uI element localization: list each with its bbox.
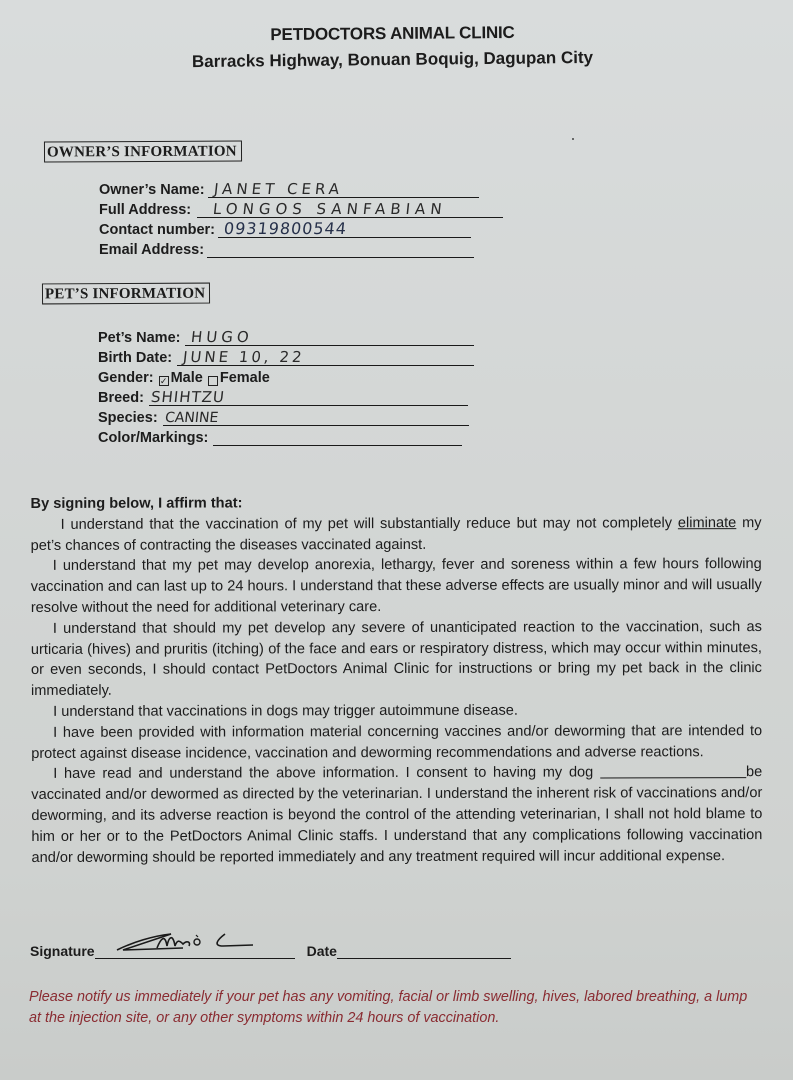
affirmation-paragraph-1: I understand that the vaccination of my …: [31, 513, 762, 557]
affirmation-paragraph-5: I have been provided with information ma…: [31, 721, 762, 765]
email-address-line: [207, 239, 474, 258]
pet-name-line: HUGO: [185, 327, 474, 346]
p1-text: I understand that the vaccination of my …: [61, 515, 678, 533]
owner-info-fields: Owner’s Name: JANET CERA Full Address: L…: [99, 178, 479, 258]
contact-number-line: 09319800544: [218, 219, 471, 238]
female-checkbox[interactable]: [208, 376, 218, 386]
owner-name-label: Owner’s Name:: [99, 182, 205, 198]
birth-date-value: JUNE 10, 22: [182, 348, 305, 366]
pet-name-value: HUGO: [191, 328, 255, 346]
signature-scribble-icon: [113, 930, 273, 956]
pet-info-fields: Pet’s Name: HUGO Birth Date: JUNE 10, 22…: [98, 326, 478, 446]
female-option-label: Female: [220, 370, 270, 386]
species-field[interactable]: Species: CANINE: [98, 406, 469, 426]
p1-underlined-word: eliminate: [678, 515, 736, 531]
clinic-name: PETDOCTORS ANIMAL CLINIC: [0, 21, 789, 48]
owner-section-title: OWNER’S INFORMATION: [44, 140, 242, 162]
affirmation-paragraph-2: I understand that my pet may develop ano…: [31, 554, 762, 618]
clinic-address: Barracks Highway, Bonuan Boquig, Dagupan…: [0, 46, 789, 74]
affirmation-heading: By signing below, I affirm that:: [31, 492, 762, 515]
symptom-notice: Please notify us immediately if your pet…: [29, 987, 749, 1029]
pet-name-label: Pet’s Name:: [98, 330, 180, 346]
gender-field: Gender: ✓ Male Female: [98, 366, 478, 386]
full-address-field[interactable]: Full Address: LONGOS SANFABIAN: [99, 198, 503, 218]
contact-number-value: 09319800544: [223, 219, 348, 238]
signature-label: Signature: [30, 943, 95, 959]
species-label: Species:: [98, 410, 158, 426]
affirmation-paragraph-6: I have read and understand the above inf…: [31, 762, 762, 868]
date-field[interactable]: [337, 940, 511, 959]
full-address-value: LONGOS SANFABIAN: [212, 200, 447, 218]
owner-name-field[interactable]: Owner’s Name: JANET CERA: [99, 178, 479, 198]
pet-section-title: PET’S INFORMATION: [42, 283, 210, 305]
gender-label: Gender:: [98, 370, 154, 386]
breed-field[interactable]: Breed: SHIHTZU: [98, 386, 468, 406]
breed-value: SHIHTZU: [150, 388, 226, 406]
owner-name-value: JANET CERA: [213, 180, 344, 198]
signature-field[interactable]: [95, 940, 295, 959]
species-value: CANINE: [164, 410, 219, 426]
birth-date-label: Birth Date:: [98, 350, 172, 366]
color-markings-label: Color/Markings:: [98, 430, 208, 446]
paper-speck: [572, 138, 574, 140]
email-address-field[interactable]: Email Address:: [99, 238, 474, 258]
contact-number-label: Contact number:: [99, 222, 215, 238]
breed-line: SHIHTZU: [149, 387, 468, 406]
color-markings-field[interactable]: Color/Markings:: [98, 426, 462, 446]
male-option-label: Male: [171, 370, 203, 386]
pet-name-field[interactable]: Pet’s Name: HUGO: [98, 326, 474, 346]
color-markings-line: [213, 427, 462, 446]
email-address-label: Email Address:: [99, 242, 204, 258]
date-label: Date: [307, 943, 337, 959]
species-line: CANINE: [163, 407, 469, 426]
breed-label: Breed:: [98, 390, 144, 406]
birth-date-field[interactable]: Birth Date: JUNE 10, 22: [98, 346, 474, 366]
affirmation-text: By signing below, I affirm that: I under…: [31, 492, 763, 868]
affirmation-paragraph-4: I understand that vaccinations in dogs m…: [31, 700, 762, 723]
p6-text: I have read and understand the above inf…: [53, 765, 600, 782]
birth-date-line: JUNE 10, 22: [177, 347, 474, 366]
contact-number-field[interactable]: Contact number: 09319800544: [99, 218, 471, 238]
signature-row: Signature Date: [30, 940, 511, 959]
full-address-label: Full Address:: [99, 202, 191, 218]
full-address-line: LONGOS SANFABIAN: [197, 199, 503, 218]
affirmation-paragraph-3: I understand that should my pet develop …: [31, 617, 762, 702]
male-checkbox[interactable]: ✓: [159, 376, 169, 386]
owner-name-line: JANET CERA: [208, 179, 479, 198]
dog-name-blank[interactable]: [600, 763, 746, 778]
